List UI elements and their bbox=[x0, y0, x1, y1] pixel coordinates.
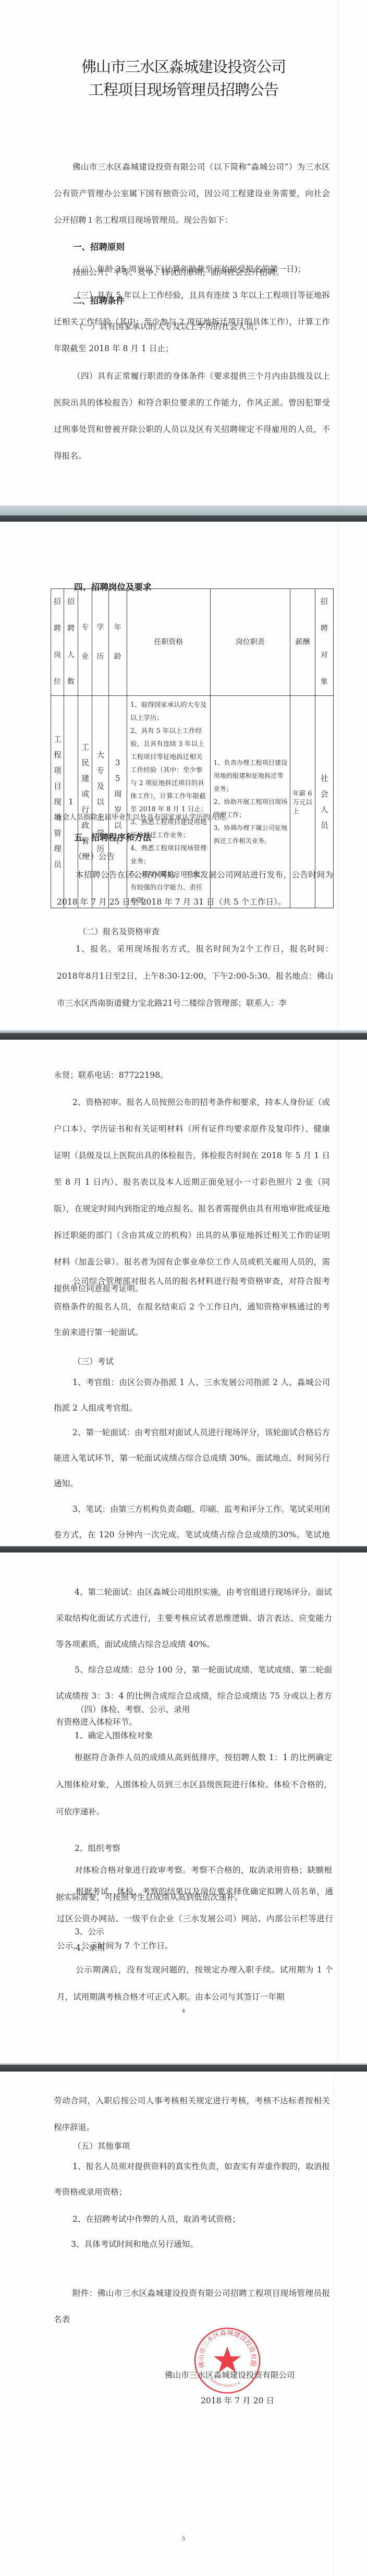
table-header-row: 招聘岗位 招聘人数 专业 学历 年龄 任职资格 岗位职责 薪酬 招聘对象 bbox=[51, 589, 334, 696]
qualification-item: 1、取得国家承认的大专及以上学历； bbox=[130, 698, 209, 724]
duty-item: 2、协助开展工程项目现场管理工作； bbox=[214, 796, 288, 822]
exam-step-3: 3、笔试：由第三方机构负责命题、印刷、监考和评分工作。笔试采用闭卷方式，在 12… bbox=[54, 1497, 330, 1546]
svg-text:4406075001116: 4406075001116 bbox=[210, 2378, 241, 2388]
other-item-1: 1、报名人员须对提供资料的真实性负责，如查实有弄虚作假的，取消报考资格或录用资格… bbox=[54, 2154, 330, 2205]
exam-step-4: 4、第二轮面试：由区淼城公司组织实施，由考官组进行现场评分。面试采取结构化面试方… bbox=[56, 1579, 332, 1657]
cell-duties: 1、负责办理工程项目建设用地的报建和征地拆迁等业务； 2、协助开展工程项目现场管… bbox=[210, 696, 290, 908]
signup-step-1-continued: 永贤；联系电话：87722198。 bbox=[54, 1062, 330, 1089]
hire-step-1-title: 1、确定入围体检对象 bbox=[75, 1729, 153, 1741]
signup-step-1: 1、报名。采用现场报名方式，报名时间为2个工作日，报名时间：2018年8月1日至… bbox=[57, 935, 333, 1017]
page-edge bbox=[338, 1552, 338, 2063]
header-salary: 薪酬 bbox=[290, 589, 315, 696]
header-education: 学历 bbox=[92, 589, 109, 696]
cell-education: 大专及以上学历 bbox=[92, 696, 109, 908]
exam-step-1: 1、考官组：由区公资办指派 1 人、三水发展公司指派 2 人、淼城公司指派 2 … bbox=[54, 1370, 330, 1421]
cell-count: 1 bbox=[64, 696, 78, 908]
page-separator bbox=[0, 1030, 367, 1040]
page-number: 5 bbox=[0, 2536, 367, 2542]
cell-qualifications: 1、取得国家承认的大专及以上学历； 2、具有 5 年以上工作经验，且具有连续 3… bbox=[127, 696, 210, 908]
cell-salary: 年薪 6 万元以上 bbox=[290, 696, 315, 908]
condition-item-2: （二）年龄 35 周岁以下(计算年龄截至开始接受报名的第一日)； bbox=[54, 256, 330, 283]
section-heading-principles: 一、招聘原则 bbox=[73, 240, 125, 252]
header-target: 招聘对象 bbox=[315, 589, 333, 696]
condition-item-3: （三）具有 5 年以上工作经验，且具有连续 3 年以上工程项目等征地拆迁相关工作… bbox=[54, 282, 330, 362]
qualification-item: 3、熟悉工程项目建设用地征地拆迁工作业务； bbox=[130, 815, 209, 841]
other-item-2: 2、在招聘考试中作弊的人员，取消考试资格； bbox=[72, 2213, 240, 2224]
official-seal-icon: 佛山市三水区淼城建设投资有限公司 4406075001116 bbox=[193, 2327, 261, 2394]
hire-step-4-continued: 劳动合同，入职后按公司人事考核相关规定进行考核，考核不达标者按相关程序辞退。 bbox=[54, 2088, 330, 2141]
header-age: 年龄 bbox=[108, 589, 127, 696]
header-qualifications: 任职资格 bbox=[127, 589, 210, 696]
exam-step-2: 2、第一轮面试：由考官组对面试人员进行现场评分，该轮面试合格后方能进入笔试环节，… bbox=[54, 1420, 330, 1497]
hire-step-4-title: 4、录用 bbox=[76, 1942, 105, 1953]
header-position: 招聘岗位 bbox=[51, 589, 64, 696]
subheading-exam: （三）考试 bbox=[73, 1355, 114, 1367]
duty-item: 3、协调办理下属公司征地拆迁工作相关业务。 bbox=[214, 822, 288, 848]
cell-position: 工程项目现场管理员 bbox=[51, 696, 64, 908]
exam-step-5: 5、综合总成绩：总分 100 分，第一轮面试成绩、笔试成绩、第二轮面试成绩按 3… bbox=[56, 1657, 332, 1735]
page-3: 永贤；联系电话：87722198。 2、资格初审。报名人员按照公布的招考条件和要… bbox=[0, 1040, 367, 1546]
hire-step-2-title: 2、组织考察 bbox=[75, 1842, 120, 1853]
other-item-3: 3、具体考试时间和地点另行通知。 bbox=[71, 2238, 198, 2249]
positions-table: 招聘岗位 招聘人数 专业 学历 年龄 任职资格 岗位职责 薪酬 招聘对象 工程项… bbox=[51, 588, 334, 908]
qualification-item: 5、具有计算机应用技能，有较强的自学能力、责任心强。 bbox=[130, 868, 209, 907]
qualification-item: 4、熟悉工程项目现场管理业务； bbox=[130, 841, 209, 868]
page-1: 佛山市三水区淼城建设投资公司 工程项目现场管理员招聘公告 佛山市三水区淼城建设投… bbox=[0, 0, 367, 505]
header-duties: 岗位职责 bbox=[210, 589, 290, 696]
page-separator bbox=[0, 1546, 367, 1552]
cell-age: 35周岁以下 bbox=[108, 696, 127, 908]
page-edge bbox=[338, 1040, 338, 1546]
page-edge bbox=[338, 522, 338, 1030]
page-number: 3 bbox=[0, 1507, 367, 1512]
hire-step-1-body: 根据符合条件人员的成绩从高到低排序，按招聘人数 1：1 的比例确定入围体检对象，… bbox=[56, 1744, 332, 1825]
condition-item-4: （四）具有正常履行职责的身体条件（要求提供三个月内由县级及以上医院出具的体检报告… bbox=[54, 363, 330, 470]
page-separator bbox=[0, 2063, 367, 2072]
page-5: 劳动合同，入职后按公司人事考核相关规定进行考核，考核不达标者按相关程序辞退。 （… bbox=[0, 2072, 367, 2576]
subheading-hire: （四）体检、考察、公示、录用 bbox=[76, 1703, 190, 1715]
cell-major: 工民建或行政管理 bbox=[78, 696, 92, 908]
header-major: 专业 bbox=[78, 589, 92, 696]
qualification-item: 2、具有 5 年以上工作经验，且具有连续 3 年以上工程项目等征地拆迁相关工作经… bbox=[130, 724, 209, 815]
intro-paragraph: 佛山市三水区淼城建设投资有限公司（以下简称“淼城公司”）为三水区公有资产管理办公… bbox=[54, 154, 330, 234]
page-separator bbox=[0, 505, 367, 522]
duty-item: 1、负责办理工程项目建设用地的报建和征地拆迁等业务； bbox=[214, 756, 288, 796]
page-edge bbox=[334, 2072, 334, 2576]
table-row: 工程项目现场管理员 1 工民建或行政管理 大专及以上学历 35周岁以下 1、取得… bbox=[51, 696, 334, 908]
review-paragraph: 公司综合管理部对报名人员的报名材料进行报考资格审查，对符合报考资格条件的报名人员… bbox=[54, 1269, 330, 1345]
header-count: 招聘人数 bbox=[64, 589, 78, 696]
hire-step-4-body: 公示期满后，没有发现问题的，按规定办理入职手续。试用期为 1 个月，试用期满考核… bbox=[57, 1956, 333, 2011]
subheading-other: （五）其他事项 bbox=[73, 2140, 130, 2151]
attachment-note: 附件：佛山市三水区淼城建设投资有限公司招聘工程项目现场管理员报名表 bbox=[54, 2280, 330, 2332]
document-title-line-1: 佛山市三水区淼城建设投资公司 bbox=[0, 55, 367, 78]
cell-target: 社会人员 bbox=[315, 696, 333, 908]
signature-date: 2018 年 7 月 20 日 bbox=[201, 2394, 274, 2406]
document-title-line-2: 工程项目现场管理员招聘公告 bbox=[0, 78, 367, 101]
